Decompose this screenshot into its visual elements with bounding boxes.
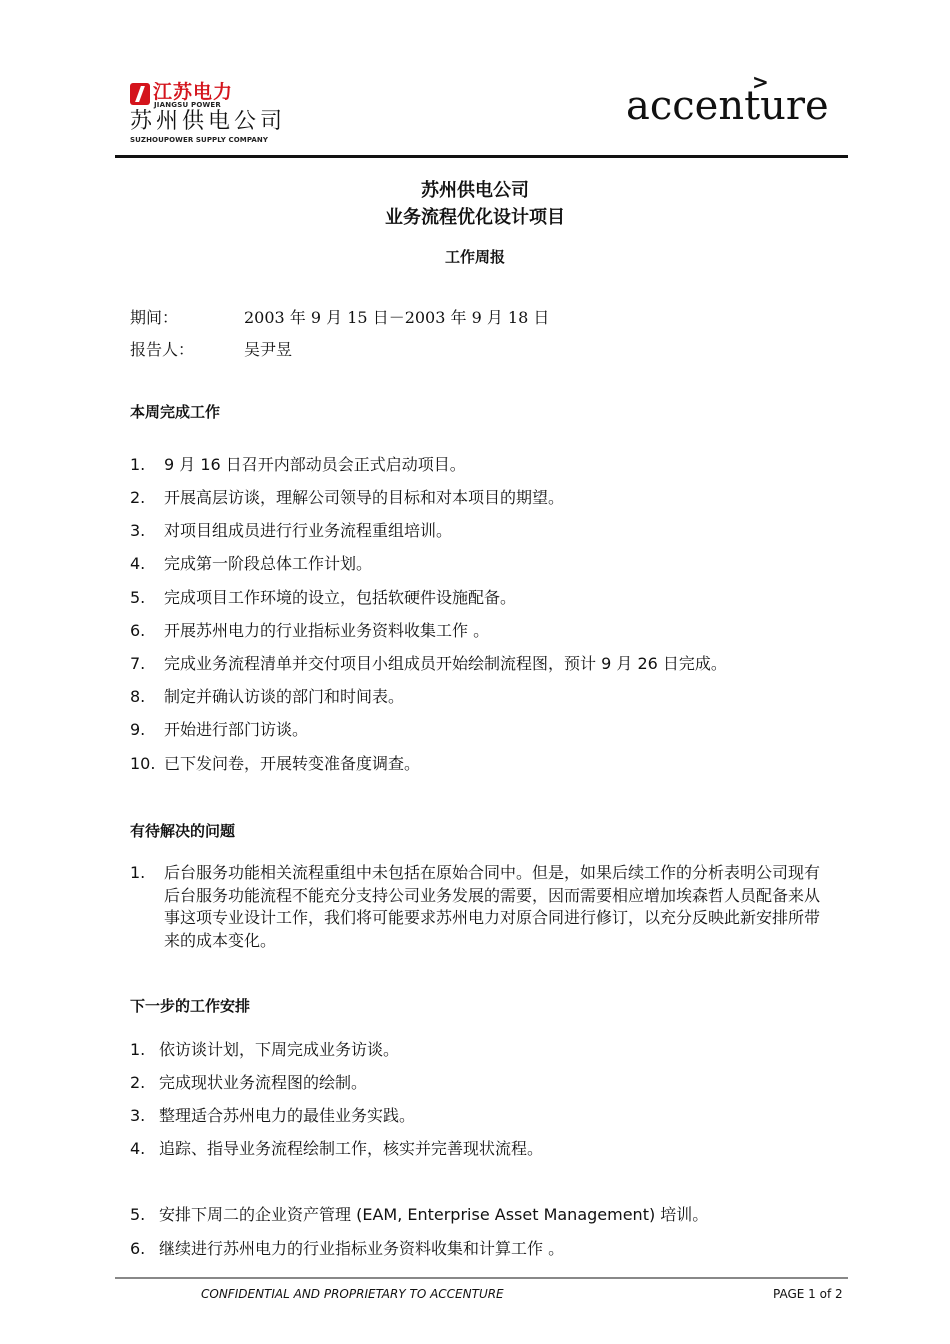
section-heading-completed: 本周完成工作 xyxy=(130,401,220,422)
footer-divider xyxy=(115,1277,848,1279)
footer-page-number: PAGE 1 of 2 xyxy=(773,1287,843,1301)
jiangsu-power-mark-icon xyxy=(130,83,150,105)
reporter-label: 报告人： xyxy=(130,337,194,360)
period-value: 2003 年 9 月 15 日－2003 年 9 月 18 日 xyxy=(244,305,549,328)
list-item: 6.继续进行苏州电力的行业指标业务资料收集和计算工作 。 xyxy=(130,1238,564,1260)
list-item: 4.完成第一阶段总体工作计划。 xyxy=(130,553,372,575)
header-divider xyxy=(115,155,848,158)
doc-title-company: 苏州供电公司 xyxy=(0,176,950,202)
logo-brand-en: JIANGSU POWER xyxy=(154,101,221,109)
jiangsu-power-logo: 江苏电力 JIANGSU POWER 苏州供电公司 SUZHOUPOWER SU… xyxy=(130,78,305,150)
reporter-value: 吴尹昱 xyxy=(244,337,292,360)
list-item: 1.依访谈计划，下周完成业务访谈。 xyxy=(130,1039,399,1061)
list-item: 3.对项目组成员进行行业务流程重组培训。 xyxy=(130,520,452,542)
list-item: 10.已下发问卷，开展转变准备度调查。 xyxy=(130,753,420,775)
logo-company-en: SUZHOUPOWER SUPPLY COMPANY xyxy=(130,136,268,144)
period-label: 期间： xyxy=(130,305,178,328)
list-item: 5.完成项目工作环境的设立，包括软硬件设施配备。 xyxy=(130,587,516,609)
list-item: 2.完成现状业务流程图的绘制。 xyxy=(130,1072,367,1094)
section-heading-issues: 有待解决的问题 xyxy=(130,820,235,841)
list-item: 1. 后台服务功能相关流程重组中未包括在原始合同中。但是，如果后续工作的分析表明… xyxy=(130,862,834,952)
list-item: 5.安排下周二的企业资产管理 (EAM, Enterprise Asset Ma… xyxy=(130,1204,708,1226)
list-item: 1.9 月 16 日召开内部动员会正式启动项目。 xyxy=(130,454,466,476)
list-item: 3.整理适合苏州电力的最佳业务实践。 xyxy=(130,1105,415,1127)
list-item: 7.完成业务流程清单并交付项目小组成员开始绘制流程图，预计 9 月 26 日完成… xyxy=(130,653,727,675)
section-heading-next-steps: 下一步的工作安排 xyxy=(130,995,250,1016)
logo-company-cn: 苏州供电公司 xyxy=(130,109,286,135)
doc-title-project: 业务流程优化设计项目 xyxy=(0,203,950,229)
list-item: 9.开始进行部门访谈。 xyxy=(130,719,308,741)
accenture-logo: accenture xyxy=(626,84,829,128)
footer-confidential: CONFIDENTIAL AND PROPRIETARY TO ACCENTUR… xyxy=(201,1287,504,1301)
list-item: 4.追踪、指导业务流程绘制工作，核实并完善现状流程。 xyxy=(130,1138,543,1160)
list-item: 8.制定并确认访谈的部门和时间表。 xyxy=(130,686,404,708)
list-item: 6.开展苏州电力的行业指标业务资料收集工作 。 xyxy=(130,620,489,642)
doc-subtitle: 工作周报 xyxy=(0,246,950,267)
list-item: 2.开展高层访谈，理解公司领导的目标和对本项目的期望。 xyxy=(130,487,564,509)
